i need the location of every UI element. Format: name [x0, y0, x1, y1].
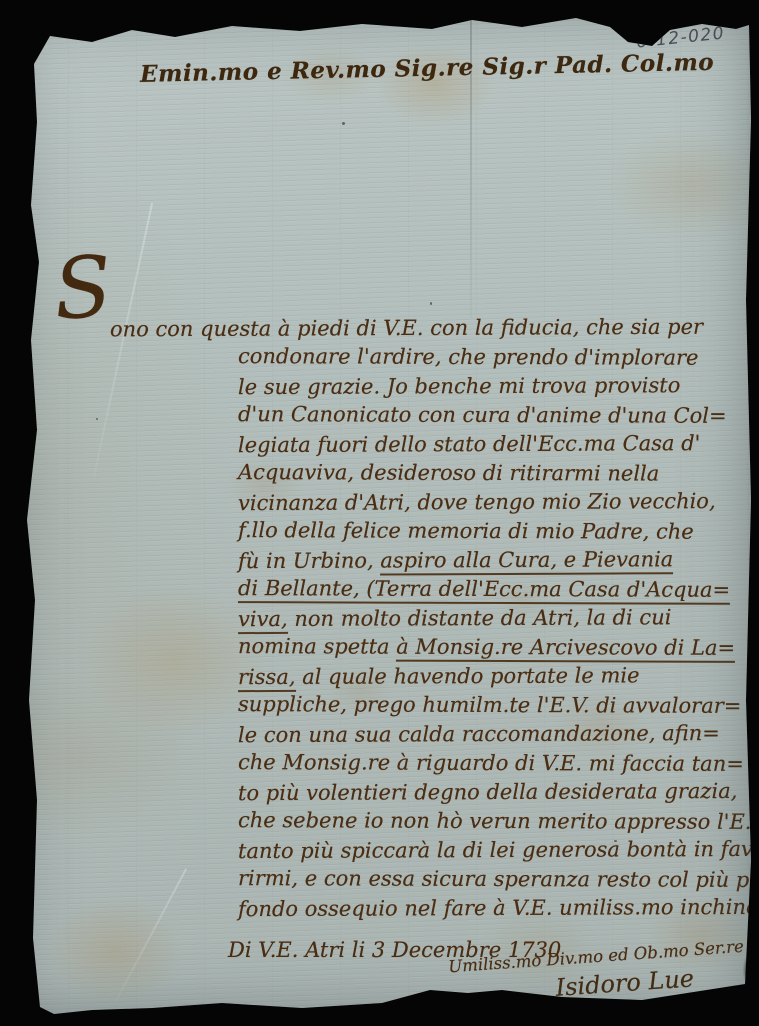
- manuscript-line: che Monsig.re à riguardo di V.E. mi facc…: [238, 748, 758, 779]
- manuscript-line: vicinanza d'Atri, dove tengo mio Zio vec…: [238, 487, 758, 518]
- manuscript-line: rirmi, e con essa sicura speranza resto …: [238, 864, 758, 895]
- manuscript-line: Acquaviva, desideroso di ritirarmi nella: [238, 458, 758, 489]
- manuscript-line: condonare l'ardire, che prendo d'implora…: [238, 342, 758, 373]
- letter-page: 6-12-020 Emin.mo e Rev.mo Sig.re Sig.r P…: [0, 0, 759, 1026]
- manuscript-line: fù in Urbino, aspiro alla Cura, e Pievan…: [238, 545, 758, 576]
- manuscript-line: nomina spetta à Monsig.re Arcivescovo di…: [238, 632, 758, 663]
- ink-speck: [342, 122, 345, 125]
- manuscript-line: di Bellante, (Terra dell'Ecc.ma Casa d'A…: [238, 574, 758, 605]
- manuscript-line: ono con questa à piedi di V.E. con la fi…: [62, 312, 758, 344]
- manuscript-line: to più volentieri degno della desiderata…: [238, 777, 758, 808]
- manuscript-line: le con una sua calda raccomandazione, af…: [238, 719, 758, 750]
- corner-ink-marks: [46, 22, 80, 38]
- ink-speck: [430, 302, 432, 305]
- manuscript-line: tanto più spiccarà la di lei generosa bo…: [238, 835, 758, 866]
- manuscript-line: fondo ossequio nel fare à V.E. umiliss.m…: [238, 893, 758, 924]
- manuscript-line: le sue grazie. Jo benche mi trova provis…: [238, 371, 758, 402]
- scan-background: 6-12-020 Emin.mo e Rev.mo Sig.re Sig.r P…: [0, 0, 759, 1026]
- manuscript-line: legiata fuori dello stato dell'Ecc.ma Ca…: [238, 429, 758, 460]
- manuscript-line: viva, non molto distante da Atri, la di …: [238, 603, 758, 634]
- manuscript-line: f.llo della felice memoria di mio Padre,…: [238, 516, 758, 547]
- manuscript-line: che sebene io non hò verun merito appres…: [238, 806, 758, 837]
- manuscript-line: d'un Canonicato con cura d'anime d'una C…: [238, 400, 758, 431]
- letter-body: ono con questa à piedi di V.E. con la fi…: [62, 314, 758, 966]
- manuscript-line: suppliche, prego humilm.te l'E.V. di avv…: [238, 690, 758, 721]
- manuscript-line: rissa, al quale havendo portate le mie: [238, 661, 758, 692]
